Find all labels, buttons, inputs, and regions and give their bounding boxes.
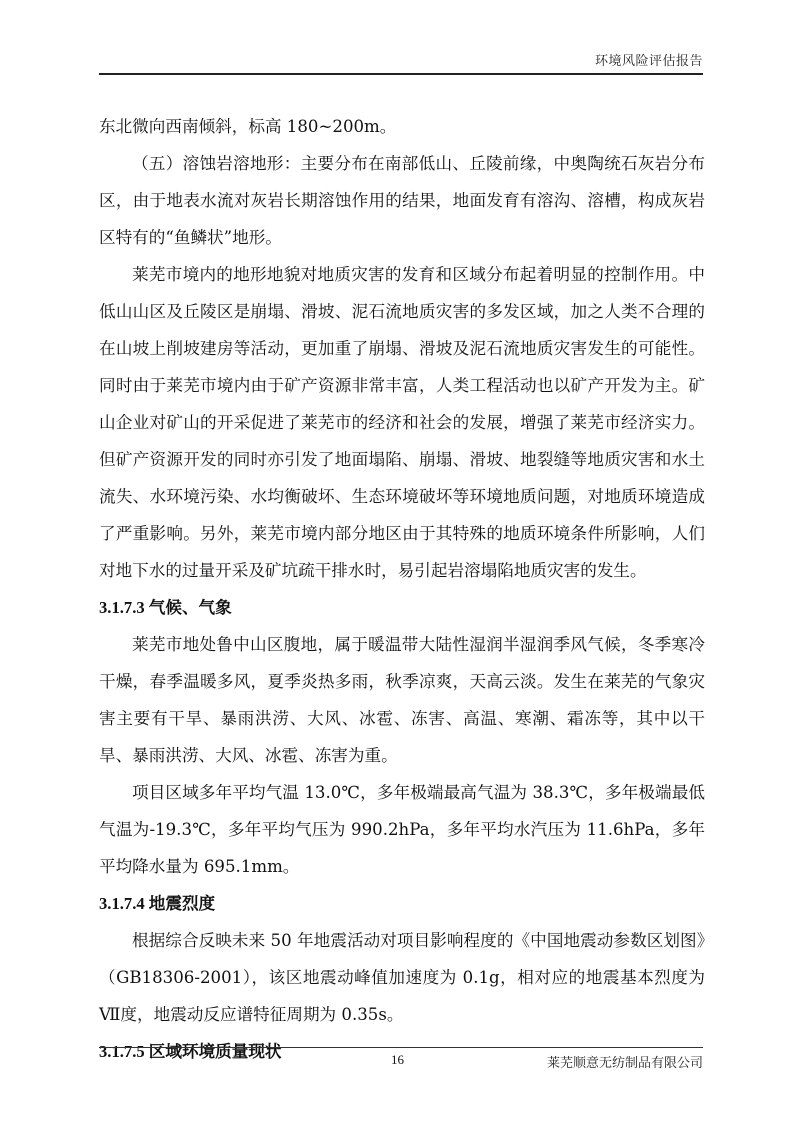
document-body: 东北微向西南倾斜，标高 180~200m。 （五）溶蚀岩溶地形：主要分布在南部低…	[99, 108, 705, 1070]
footer-company: 莱芜顺意无纺制品有限公司	[547, 1052, 703, 1071]
footer-rule	[99, 1047, 703, 1048]
heading-climate: 3.1.7.3 气候、气象	[99, 589, 705, 626]
page-number: 16	[391, 1052, 404, 1068]
paragraph-climate-stats: 项目区域多年平均气温 13.0℃，多年极端最高气温为 38.3℃，多年极端最低气…	[99, 774, 705, 885]
paragraph-climate-overview: 莱芜市地处鲁中山区腹地，属于暖温带大陆性湿润半湿润季风气候，冬季寒冷干燥，春季温…	[99, 626, 705, 774]
paragraph-karst-landform: （五）溶蚀岩溶地形：主要分布在南部低山、丘陵前缘，中奥陶统石灰岩分布区，由于地表…	[99, 145, 705, 256]
heading-seismic-intensity: 3.1.7.4 地震烈度	[99, 885, 705, 922]
paragraph-terrain-slope: 东北微向西南倾斜，标高 180~200m。	[99, 108, 705, 145]
paragraph-seismic: 根据综合反映未来 50 年地震活动对项目影响程度的《中国地震动参数区划图》（GB…	[99, 922, 705, 1033]
page-header-title: 环境风险评估报告	[595, 50, 703, 69]
paragraph-geohazard-control: 莱芜市境内的地形地貌对地质灾害的发育和区域分布起着明显的控制作用。中低山山区及丘…	[99, 256, 705, 589]
header-rule	[99, 73, 703, 75]
